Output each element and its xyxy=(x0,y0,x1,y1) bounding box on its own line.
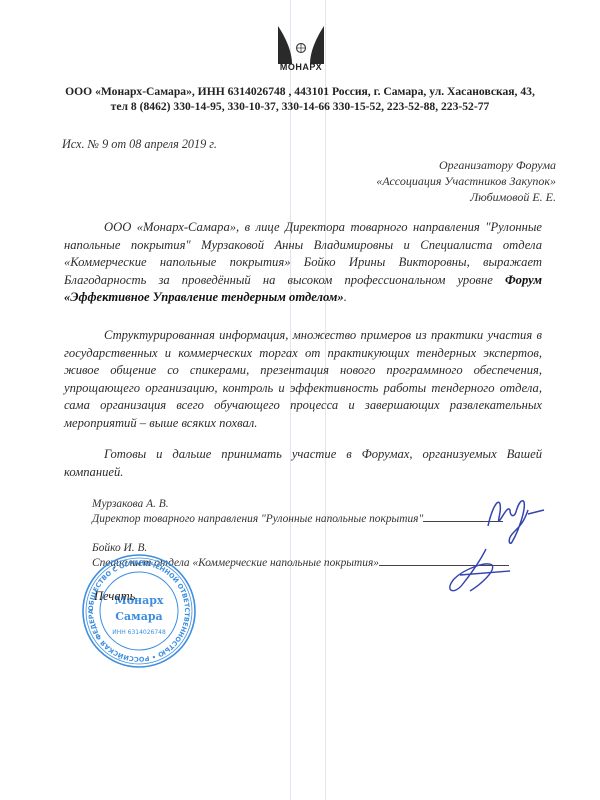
signatory-1: Мурзакова А. В. Директор товарного напра… xyxy=(92,497,503,527)
addressee-line1: Организатору Форума xyxy=(376,157,556,173)
svg-text:ИНН 6314026748: ИНН 6314026748 xyxy=(112,629,166,636)
letterhead-line2: тел 8 (8462) 330-14-95, 330-10-37, 330-1… xyxy=(40,99,560,114)
paragraph-gratitude: ООО «Монарх-Самара», в лице Директора то… xyxy=(64,219,542,307)
signatory-1-name: Мурзакова А. В. xyxy=(92,497,503,512)
signature-2-icon xyxy=(440,545,520,600)
paragraph-gratitude-text: ООО «Монарх-Самара», в лице Директора то… xyxy=(64,220,542,287)
seal-label: Печать xyxy=(94,589,135,604)
company-seal-icon: ОБЩЕСТВО С ОГРАНИЧЕННОЙ ОТВЕТСТВЕННОСТЬЮ… xyxy=(80,552,198,670)
logo-text: МОНАРХ xyxy=(270,62,332,72)
outgoing-reference: Исх. № 9 от 08 апреля 2019 г. xyxy=(62,137,217,152)
letterhead: ООО «Монарх-Самара», ИНН 6314026748 , 44… xyxy=(40,84,560,114)
signature-1-icon xyxy=(480,488,550,548)
signatory-1-position: Директор товарного направления "Рулонные… xyxy=(92,513,423,525)
paragraph-feedback: Структурированная информация, множество … xyxy=(64,327,542,432)
svg-text:Самара: Самара xyxy=(115,610,162,623)
letterhead-line1: ООО «Монарх-Самара», ИНН 6314026748 , 44… xyxy=(40,84,560,99)
addressee-block: Организатору Форума «Ассоциация Участник… xyxy=(376,157,556,205)
addressee-line2: «Ассоциация Участников Закупок» xyxy=(376,173,556,189)
addressee-line3: Любимовой Е. Е. xyxy=(376,189,556,205)
paragraph-closing: Готовы и дальше принимать участие в Фору… xyxy=(64,446,542,481)
paragraph-gratitude-end: . xyxy=(344,290,347,304)
